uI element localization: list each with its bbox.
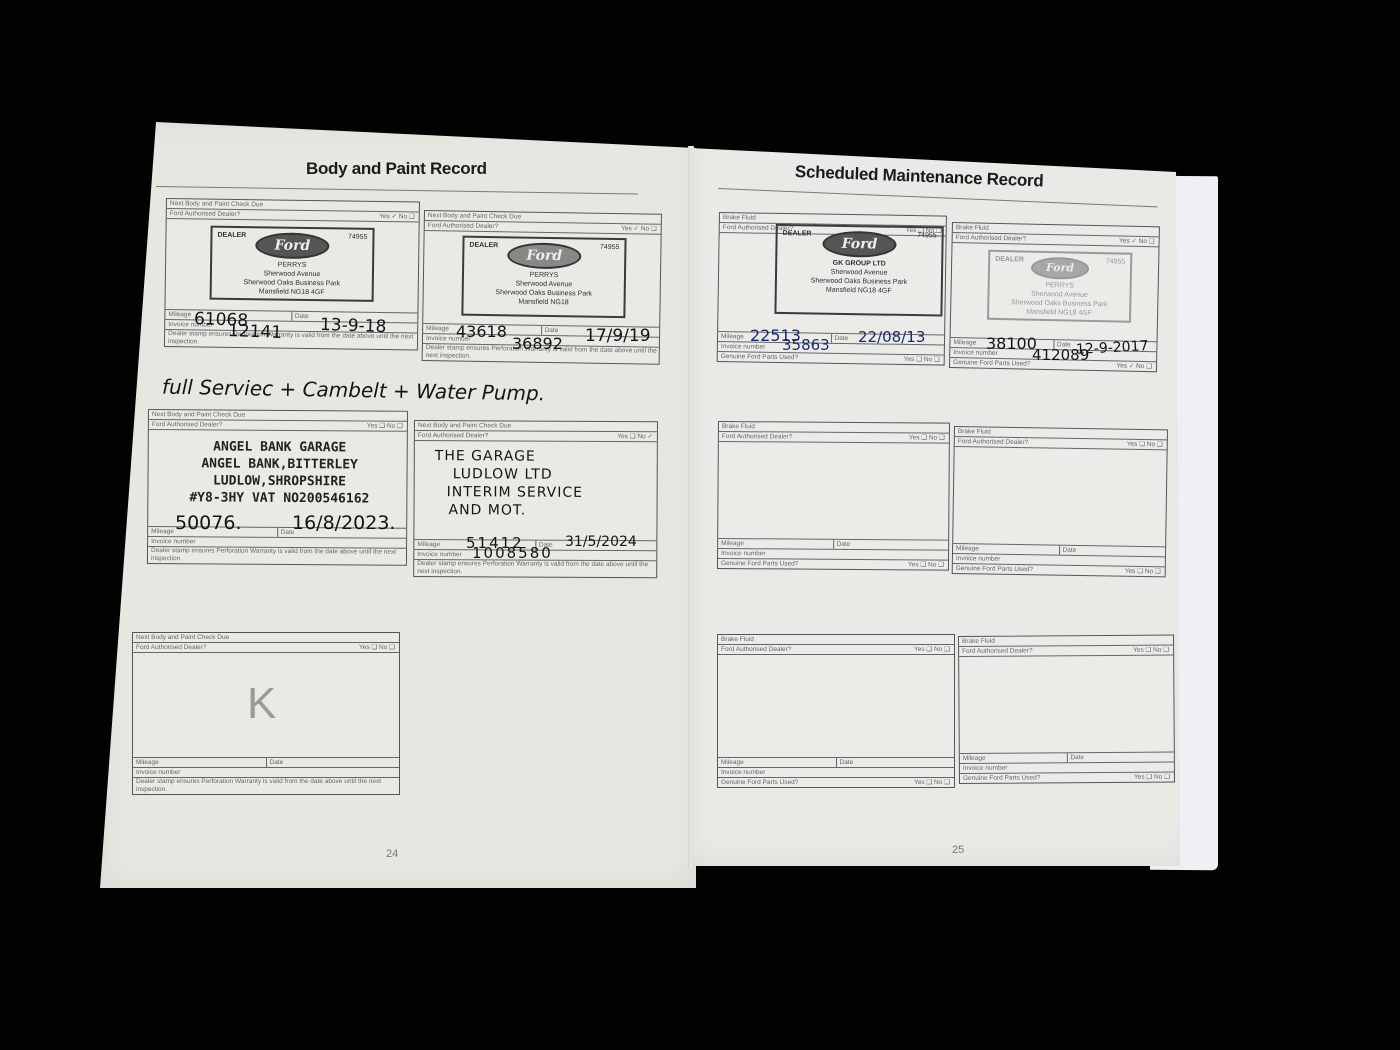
stamp-dealer-label: DEALER <box>995 255 1024 265</box>
genuine-parts-row: Genuine Ford Parts Used?Yes ❑ No ❑ <box>718 778 954 787</box>
no-checkbox[interactable]: No ❑ <box>1154 774 1170 781</box>
card-header-label: Brake Fluid <box>718 635 954 645</box>
genuine-parts-row: Genuine Ford Parts Used?Yes ❑ No ❑ <box>718 559 948 570</box>
page-number-right: 25 <box>952 844 964 856</box>
dealer-question-label: Ford Authorised Dealer? <box>962 647 1033 654</box>
typed-garage-stamp: ANGEL BANK GARAGE ANGEL BANK,BITTERLEY L… <box>174 438 384 507</box>
invoice-label: Invoice number <box>718 768 954 778</box>
yes-checkbox[interactable]: Yes ❑ <box>908 561 926 568</box>
no-checkbox[interactable]: No ❑ <box>928 561 944 568</box>
mileage-label: Mileage <box>718 539 834 549</box>
dealer-question-row: Ford Authorised Dealer?Yes ❑ No ❑ <box>133 643 399 653</box>
warranty-note: Dealer stamp ensures Perforation Warrant… <box>148 547 406 565</box>
warranty-note: Dealer stamp ensures Perforation Warrant… <box>133 778 399 794</box>
stamp-area <box>959 655 1174 753</box>
stamp-area: DEALER 74955 Ford PERRYS Sherwood Avenue… <box>951 243 1159 342</box>
stamp-dealer-number: 74955 <box>1106 257 1126 266</box>
handwritten-date: 31/5/2024 <box>565 534 637 550</box>
stamp-line: THE GARAGE <box>435 447 583 466</box>
stamp-line: Mansfield NG18 4GF <box>777 285 941 297</box>
mileage-date-row: MileageDate <box>133 758 399 768</box>
handwritten-date: 16/8/2023. <box>292 512 395 534</box>
stamp-line: LUDLOW,SHROPSHIRE <box>174 472 384 490</box>
page-title-body-paint: Body and Paint Record <box>306 159 487 179</box>
genuine-parts-label: Genuine Ford Parts Used? <box>721 353 798 361</box>
stamp-line: AND MOT. <box>434 501 582 520</box>
yes-checkbox[interactable]: Yes ❑ <box>359 644 377 651</box>
yes-checkbox[interactable]: Yes ❑ <box>914 779 932 786</box>
dealer-stamp: DEALER 74955 Ford PERRYS Sherwood Avenue… <box>210 226 375 302</box>
stamp-line: INTERIM SERVICE <box>435 483 583 502</box>
stamp-dealer-label: DEALER <box>783 229 812 238</box>
yes-no-checkboxes: Yes ❑ No ❑ <box>1134 773 1170 782</box>
handwritten-invoice: 1008580 <box>472 544 553 562</box>
yes-no-checkboxes: Yes ❑ No ❑ <box>1125 567 1161 577</box>
stamp-area: DEALER 74955 Ford GK GROUP LTD Sherwood … <box>718 233 946 336</box>
yes-checkbox[interactable]: Yes ❑ <box>1125 568 1143 575</box>
yes-no-checkboxes: Yes ✓ No ❑ <box>621 224 657 234</box>
yes-checkbox[interactable]: Yes ❑ <box>367 423 385 430</box>
stamp-dealer-number: 74955 <box>600 243 620 252</box>
stamp-line: #Y8-3HY VAT NO200546162 <box>174 489 384 507</box>
yes-no-checkboxes: Yes ❑ No ❑ <box>1127 440 1163 450</box>
dealer-question-label: Ford Authorised Dealer? <box>136 644 206 651</box>
stamp-dealer-label: DEALER <box>217 231 246 240</box>
no-checkbox[interactable]: No ❑ <box>1153 647 1169 654</box>
no-checkbox[interactable]: No ❑ <box>379 644 395 651</box>
yes-no-checkboxes: Yes ❑ No ❑ <box>367 422 403 431</box>
date-label: Date <box>834 540 949 550</box>
no-checkbox[interactable]: No ❑ <box>1147 441 1163 448</box>
yes-no-checkboxes: Yes ✓ No ❑ <box>379 212 415 221</box>
stamp-dealer-number: 74955 <box>917 231 937 240</box>
k-mark: K <box>247 679 276 729</box>
stamp-line: Mansfield NG18 4GF <box>989 307 1129 319</box>
stamp-line: ANGEL BANK,BITTERLEY <box>175 455 385 473</box>
body-paint-card-5: Next Body and Paint Check Due Ford Autho… <box>132 632 400 795</box>
dealer-question-label: Ford Authorised Dealer? <box>721 646 791 653</box>
yes-no-checkboxes: Yes ❑ No ❑ <box>908 560 944 569</box>
handwritten-invoice: 36892 <box>512 334 563 353</box>
no-checkbox[interactable]: No ❑ <box>929 434 945 441</box>
yes-checkbox[interactable]: Yes ❑ <box>909 434 927 441</box>
handwritten-date: 22/08/13 <box>858 328 925 346</box>
dealer-question-label: Ford Authorised Dealer? <box>956 234 1027 242</box>
dealer-stamp: DEALER 74955 Ford PERRYS Sherwood Avenue… <box>987 250 1132 323</box>
stamp-area <box>718 655 954 758</box>
stamp-line: ANGEL BANK GARAGE <box>175 438 385 456</box>
yes-no-checkboxes: Yes ❑ No ❑ <box>1133 646 1169 655</box>
mileage-label: Mileage <box>133 758 267 767</box>
body-paint-card-3: Next Body and Paint Check Due Ford Autho… <box>147 409 408 566</box>
dealer-question-label: Ford Authorised Dealer? <box>428 222 499 230</box>
no-checkbox[interactable]: No ❑ <box>934 646 950 653</box>
stamp-area: K <box>133 653 399 758</box>
yes-checkbox[interactable]: Yes ❑ <box>904 356 922 363</box>
mileage-label: Mileage <box>718 758 837 767</box>
mileage-label: Mileage <box>953 544 1060 555</box>
genuine-parts-label: Genuine Ford Parts Used? <box>721 560 798 568</box>
yes-no-checkboxes: Yes ❑ No ❑ <box>909 433 945 442</box>
ford-logo-icon: Ford <box>1031 257 1089 280</box>
card-header-label: Next Body and Paint Check Due <box>133 633 399 643</box>
ford-logo-icon: Ford <box>507 242 581 269</box>
date-label: Date <box>1067 752 1174 762</box>
handwritten-invoice: 12141 <box>228 321 283 343</box>
dealer-stamp: DEALER 74955 Ford PERRYS Sherwood Avenue… <box>461 236 626 319</box>
mileage-label: Mileage <box>960 753 1068 763</box>
maintenance-card-4: Brake Fluid Ford Authorised Dealer?Yes ❑… <box>952 426 1168 577</box>
invoice-label: Invoice number <box>133 768 399 778</box>
genuine-parts-row: Genuine Ford Parts Used?Yes ❑ No ❑ <box>960 772 1174 782</box>
yes-no-checkboxes: Yes ❑ No ❑ <box>904 355 940 365</box>
genuine-parts-label: Genuine Ford Parts Used? <box>963 774 1040 782</box>
handwritten-mileage: 38100 <box>986 334 1037 353</box>
no-checkbox[interactable]: No ❑ <box>1145 568 1161 575</box>
warranty-note: Dealer stamp ensures Perforation Warrant… <box>414 560 656 577</box>
stamp-area <box>953 447 1166 547</box>
dealer-stamp: DEALER 74955 Ford GK GROUP LTD Sherwood … <box>774 224 943 317</box>
handwritten-mileage: 50076. <box>175 512 241 534</box>
handwritten-invoice: 35863 <box>782 336 830 354</box>
genuine-parts-label: Genuine Ford Parts Used? <box>953 359 1030 368</box>
no-checkbox[interactable]: No ❑ <box>934 779 950 786</box>
ford-logo-icon: Ford <box>255 232 329 259</box>
no-checkbox[interactable]: No ❑ <box>387 423 403 430</box>
page-number-left: 24 <box>386 848 398 860</box>
date-label: Date <box>837 758 955 767</box>
stamp-dealer-number: 74955 <box>348 233 368 242</box>
ford-logo-icon: Ford <box>822 231 896 258</box>
yes-no-checkboxes: Yes ✓ No ❑ <box>1116 361 1152 371</box>
genuine-parts-label: Genuine Ford Parts Used? <box>956 565 1033 573</box>
dealer-question-label: Ford Authorised Dealer? <box>152 421 223 428</box>
maintenance-card-5: Brake Fluid Ford Authorised Dealer?Yes ❑… <box>717 634 955 788</box>
dealer-question-label: Ford Authorised Dealer? <box>958 438 1029 446</box>
dealer-question-label: Ford Authorised Dealer? <box>170 210 241 218</box>
yes-checkbox[interactable]: Yes ❑ <box>914 646 932 653</box>
service-booklet: Body and Paint Record Scheduled Maintena… <box>0 0 1400 1050</box>
handwritten-date: 13-9-18 <box>320 315 387 337</box>
yes-no-checkboxes: Yes ❑ No ✓ <box>617 432 653 441</box>
maintenance-card-6: Brake Fluid Ford Authorised Dealer?Yes ❑… <box>958 634 1175 784</box>
yes-no-checkboxes: Yes ❑ No ❑ <box>914 645 950 654</box>
dealer-question-row: Ford Authorised Dealer?Yes ❑ No ❑ <box>718 645 954 655</box>
genuine-parts-row: Genuine Ford Parts Used?Yes ❑ No ❑ <box>953 564 1165 576</box>
stamp-dealer-label: DEALER <box>469 241 498 250</box>
dealer-question-label: Ford Authorised Dealer? <box>722 433 793 440</box>
stamp-area: DEALER 74955 Ford PERRYS Sherwood Avenue… <box>423 231 660 328</box>
yes-no-checkboxes: Yes ✓ No ❑ <box>1119 237 1155 247</box>
stamp-line: Mansfield NG18 <box>464 297 624 309</box>
stamp-area: THE GARAGE LUDLOW LTD INTERIM SERVICE AN… <box>414 441 657 541</box>
handwritten-garage-stamp: THE GARAGE LUDLOW LTD INTERIM SERVICE AN… <box>434 447 583 520</box>
stamp-area: DEALER 74955 Ford PERRYS Sherwood Avenue… <box>165 219 418 314</box>
stamp-line: Mansfield NG18 4GF <box>212 287 372 298</box>
maintenance-card-3: Brake Fluid Ford Authorised Dealer?Yes ❑… <box>717 421 950 571</box>
yes-checkbox[interactable]: Yes ❑ <box>1133 647 1151 654</box>
yes-checkbox[interactable]: Yes ❑ <box>1134 774 1152 781</box>
genuine-parts-label: Genuine Ford Parts Used? <box>721 779 798 786</box>
stamp-line: LUDLOW LTD <box>435 465 583 484</box>
yes-no-checkboxes: Yes ❑ No ❑ <box>359 643 395 652</box>
no-checkbox[interactable]: No ❑ <box>924 356 940 363</box>
date-label: Date <box>1059 546 1165 557</box>
mileage-date-row: MileageDate <box>718 758 954 768</box>
yes-checkbox[interactable]: Yes ❑ <box>1127 441 1145 448</box>
dealer-question-label: Ford Authorised Dealer? <box>418 432 489 439</box>
stamp-area <box>718 442 949 541</box>
handwritten-mileage: 43618 <box>456 322 507 341</box>
yes-no-checkboxes: Yes ❑ No ❑ <box>914 778 950 787</box>
handwritten-date: 17/9/19 <box>585 326 651 346</box>
date-label: Date <box>267 758 400 767</box>
